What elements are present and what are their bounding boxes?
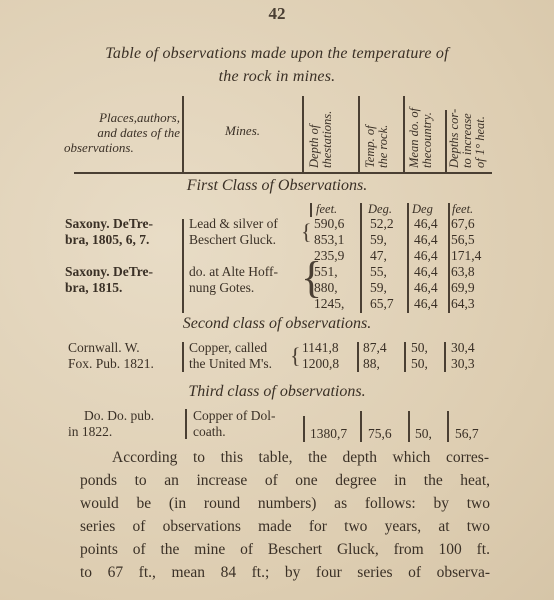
column-divider	[360, 411, 362, 442]
place-cell: Fox. Pub. 1821.	[68, 356, 154, 372]
header-temp-line: the rock.	[377, 94, 390, 168]
cor-cell: 63,8	[451, 264, 475, 280]
column-divider	[408, 411, 410, 442]
place-cell: Cornwall. W.	[68, 340, 140, 356]
section-title-third: Third class of observations.	[0, 383, 554, 401]
mean-cell: 50,	[411, 340, 428, 356]
column-divider	[407, 203, 409, 313]
column-divider	[404, 342, 406, 372]
temp-cell: 75,6	[368, 426, 392, 442]
section-title-first: First Class of Observations.	[0, 177, 554, 195]
depth-cell: 880,	[314, 280, 338, 296]
cor-cell: 56,7	[455, 426, 479, 442]
depth-cell: 1380,7	[310, 426, 347, 442]
mean-cell: 46,4	[414, 248, 438, 264]
mine-cell: the United M's.	[189, 356, 272, 372]
header-depths-cor: Depths cor- to increase of 1° heat.	[448, 94, 487, 168]
place-cell: bra, 1815.	[65, 280, 122, 296]
temp-cell: 52,2	[370, 216, 394, 232]
mean-cell: 46,4	[414, 264, 438, 280]
cor-cell: 56,5	[451, 232, 475, 248]
temp-cell: 59,	[370, 232, 387, 248]
mean-cell: 46,4	[414, 280, 438, 296]
column-divider	[360, 203, 362, 313]
depth-cell: 1200,8	[302, 356, 339, 372]
header-rule	[74, 172, 492, 174]
cor-cell: 67,6	[451, 216, 475, 232]
depth-cell: 551,	[314, 264, 338, 280]
header-places-line: observations.	[64, 140, 180, 155]
header-places-line: Places,authors,	[64, 110, 180, 125]
column-divider	[357, 342, 359, 372]
header-temp: Temp. of the rock.	[364, 94, 390, 168]
body-line: ponds to an increase of one degree in th…	[80, 469, 490, 492]
place-cell: Saxony. DeTre-	[65, 216, 153, 232]
depth-cell: 235,9	[314, 248, 344, 264]
depth-cell: 590,6	[314, 216, 344, 232]
column-divider	[444, 342, 446, 372]
table-title-line-1: Table of observations made upon the temp…	[0, 45, 554, 63]
body-line: to 67 ft., mean 84 ft.; by four series o…	[80, 561, 490, 584]
mean-cell: 46,4	[414, 232, 438, 248]
temp-cell: 47,	[370, 248, 387, 264]
temp-cell: 65,7	[370, 296, 394, 312]
mine-cell: Beschert Gluck.	[189, 232, 276, 248]
column-divider	[182, 342, 184, 372]
header-places: Places,authors, and dates of the observa…	[64, 110, 180, 155]
unit-depths-cor: feet.	[452, 201, 473, 217]
depth-cell: 1245,	[314, 296, 344, 312]
column-divider	[447, 411, 449, 442]
header-places-line: and dates of the	[64, 125, 180, 140]
unit-depth: feet.	[316, 201, 337, 217]
place-cell: Saxony. DeTre-	[65, 264, 153, 280]
section-title-second: Second class of observations.	[0, 315, 554, 333]
mine-cell: do. at Alte Hoff-	[189, 264, 278, 280]
temp-cell: 88,	[363, 356, 380, 372]
place-cell: in 1822.	[68, 424, 112, 440]
mean-cell: 46,4	[414, 216, 438, 232]
header-mean: Mean do. of thecountry.	[408, 94, 434, 168]
header-mines: Mines.	[185, 123, 300, 138]
cor-cell: 171,4	[451, 248, 481, 264]
mine-cell: coath.	[193, 424, 226, 440]
header-depth-line: thestations.	[321, 94, 334, 168]
cor-cell: 30,4	[451, 340, 475, 356]
column-divider	[185, 409, 187, 439]
cor-cell: 69,9	[451, 280, 475, 296]
brace-icon: {	[290, 339, 301, 373]
body-line: would be (in round numbers) as follows: …	[80, 492, 490, 515]
temp-cell: 59,	[370, 280, 387, 296]
cor-cell: 30,3	[451, 356, 475, 372]
mean-cell: 50,	[415, 426, 432, 442]
header-mean-line: thecountry.	[421, 94, 434, 168]
temp-cell: 87,4	[363, 340, 387, 356]
body-line: series of observations made for two year…	[80, 515, 490, 538]
column-divider	[303, 416, 305, 442]
place-cell: bra, 1805, 6, 7.	[65, 232, 149, 248]
column-divider	[448, 203, 450, 313]
table-title-line-2: the rock in mines.	[0, 68, 554, 86]
depth-cell: 1141,8	[302, 340, 339, 356]
header-depth: Depth of thestations.	[308, 94, 334, 168]
mine-cell: Lead & silver of	[189, 216, 278, 232]
header-depths-cor-line: of 1° heat.	[474, 94, 487, 168]
brace-icon: {	[301, 215, 312, 249]
unit-mean: Deg	[412, 201, 433, 217]
mean-cell: 46,4	[414, 296, 438, 312]
mine-cell: Copper of Dol-	[193, 408, 275, 424]
temp-cell: 55,	[370, 264, 387, 280]
mine-cell: Copper, called	[189, 340, 267, 356]
unit-temp: Deg.	[368, 201, 392, 217]
column-divider	[302, 96, 304, 172]
column-divider	[182, 96, 184, 172]
column-divider	[182, 219, 184, 313]
place-cell: Do. Do. pub.	[84, 408, 154, 424]
body-line: According to this table, the depth which…	[112, 446, 489, 469]
body-line: points of the mine of Beschert Gluck, fr…	[80, 538, 490, 561]
mean-cell: 50,	[411, 356, 428, 372]
cor-cell: 64,3	[451, 296, 475, 312]
page-number: 42	[0, 4, 554, 24]
column-divider	[358, 96, 360, 172]
mine-cell: nung Gotes.	[189, 280, 254, 296]
column-divider	[403, 96, 405, 172]
